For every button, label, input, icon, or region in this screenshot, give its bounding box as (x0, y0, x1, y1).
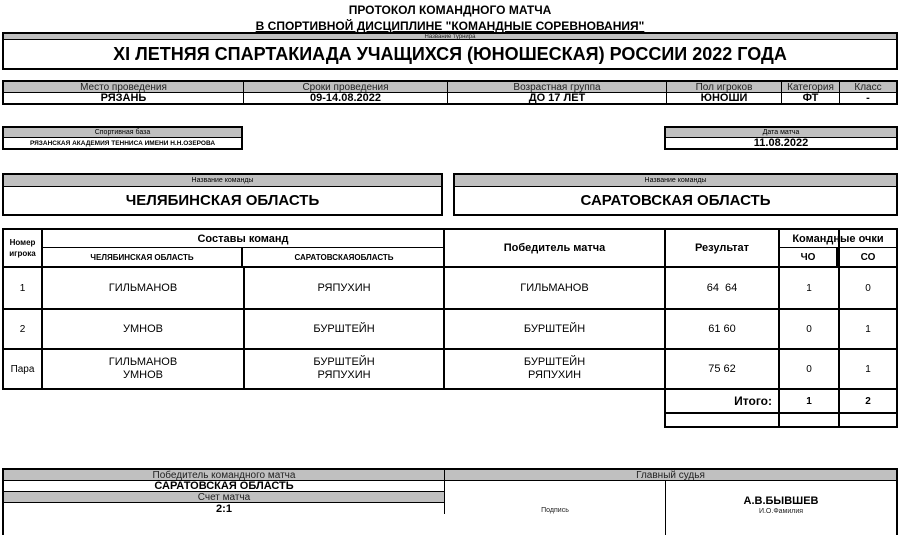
home-player: УМНОВ (123, 369, 163, 382)
team-winner-value: САРАТОВСКАЯ ОБЛАСТЬ (4, 481, 445, 492)
sport-base-value: РЯЗАНСКАЯ АКАДЕМИЯ ТЕННИСА ИМЕНИ Н.Н.ОЗЕ… (4, 138, 241, 148)
points-ch: 0 (780, 310, 838, 348)
away-team-label: Название команды (455, 175, 896, 187)
away-player: БУРШТЕЙН (313, 356, 374, 369)
match-winner: ГИЛЬМАНОВ (445, 268, 664, 308)
th-home-team: ЧЕЛЯБИНСКАЯ ОБЛАСТЬ (43, 248, 243, 266)
table-row: Пара ГИЛЬМАНОВ УМНОВ БУРШТЕЙН РЯПУХИН БУ… (2, 350, 898, 388)
signature-label: Подпись (445, 481, 665, 514)
match-result: 75 62 (666, 350, 778, 388)
home-pair: ГИЛЬМАНОВ УМНОВ (43, 350, 243, 388)
th-winner: Победитель матча (445, 230, 664, 266)
home-player: УМНОВ (43, 310, 243, 348)
away-player: РЯПУХИН (245, 268, 443, 308)
match-result: 64 64 (666, 268, 778, 308)
judge-name: А.В.БЫВШЕВ (666, 495, 896, 507)
divider (664, 412, 898, 414)
gender-value: ЮНОШИ (667, 93, 782, 103)
points-ch: 0 (780, 350, 838, 388)
row-number: Пара (4, 350, 41, 388)
th-away-team: САРАТОВСКАЯОБЛАСТЬ (245, 248, 443, 266)
table-row: 2 УМНОВ БУРШТЕЙН БУРШТЕЙН 61 60 0 1 (2, 310, 898, 348)
protocol-title: ПРОТОКОЛ КОМАНДНОГО МАТЧА (0, 3, 900, 17)
away-pair: БУРШТЕЙН РЯПУХИН (245, 350, 443, 388)
discipline-title: В СПОРТИВНОЙ ДИСЦИПЛИНЕ "КОМАНДНЫЕ СОРЕВ… (0, 19, 900, 33)
row-number: 2 (4, 310, 41, 348)
th-rosters: Составы команд (43, 230, 443, 248)
footer-block: Победитель командного матча САРАТОВСКАЯ … (2, 468, 898, 535)
home-team-label: Название команды (4, 175, 441, 187)
th-ch: ЧО (780, 248, 838, 266)
category-value: ФТ (782, 93, 840, 103)
row-number: 1 (4, 268, 41, 308)
points-ch: 1 (780, 268, 838, 308)
match-winner: БУРШТЕЙН РЯПУХИН (445, 350, 664, 388)
match-date-value: 11.08.2022 (666, 138, 896, 148)
match-result: 61 60 (666, 310, 778, 348)
away-player: БУРШТЕЙН (245, 310, 443, 348)
away-team-name: САРАТОВСКАЯ ОБЛАСТЬ (455, 187, 896, 214)
total-co: 2 (840, 390, 896, 412)
points-co: 0 (840, 268, 896, 308)
venue-city-value: РЯЗАНЬ (4, 93, 244, 103)
home-team-name: ЧЕЛЯБИНСКАЯ ОБЛАСТЬ (4, 187, 441, 214)
matches-table: Номер игрока Составы команд ЧЕЛЯБИНСКАЯ … (0, 228, 900, 428)
total-ch: 1 (780, 390, 838, 412)
sport-base-block: Спортивная база РЯЗАНСКАЯ АКАДЕМИЯ ТЕННИ… (2, 126, 243, 150)
th-co: СО (840, 248, 896, 266)
class-value: - (840, 93, 896, 103)
tournament-name: XI ЛЕТНЯЯ СПАРТАКИАДА УЧАЩИХСЯ (ЮНОШЕСКА… (4, 40, 896, 68)
winner-player: РЯПУХИН (528, 369, 581, 382)
home-player: ГИЛЬМАНОВ (109, 356, 177, 369)
judge-name-label: И.О.Фамилия (666, 507, 896, 515)
home-team-block: Название команды ЧЕЛЯБИНСКАЯ ОБЛАСТЬ (2, 173, 443, 216)
chief-judge-label: Главный судья (445, 470, 896, 481)
winner-player: БУРШТЕЙН (524, 356, 585, 369)
match-score-value: 2:1 (4, 503, 445, 514)
match-date-block: Дата матча 11.08.2022 (664, 126, 898, 150)
age-group-value: ДО 17 ЛЕТ (448, 93, 667, 103)
total-label: Итого: (666, 390, 776, 412)
away-player: РЯПУХИН (317, 369, 370, 382)
match-score-label: Счет матча (4, 492, 445, 503)
match-winner: БУРШТЕЙН (445, 310, 664, 348)
away-team-block: Название команды САРАТОВСКАЯ ОБЛАСТЬ (453, 173, 898, 216)
points-co: 1 (840, 310, 896, 348)
home-player: ГИЛЬМАНОВ (43, 268, 243, 308)
info-block: Место проведения РЯЗАНЬ Сроки проведения… (2, 80, 898, 105)
tournament-block: Название турнира XI ЛЕТНЯЯ СПАРТАКИАДА У… (2, 32, 898, 70)
th-player-number-l1: Номер (10, 237, 36, 248)
th-player-number: Номер игрока (4, 230, 41, 266)
points-co: 1 (840, 350, 896, 388)
dates-value: 09-14.08.2022 (244, 93, 448, 103)
th-player-number-l2: игрока (9, 248, 35, 259)
sport-base-label: Спортивная база (4, 128, 241, 138)
th-result: Результат (666, 230, 778, 266)
table-row: 1 ГИЛЬМАНОВ РЯПУХИН ГИЛЬМАНОВ 64 64 1 0 (2, 268, 898, 308)
